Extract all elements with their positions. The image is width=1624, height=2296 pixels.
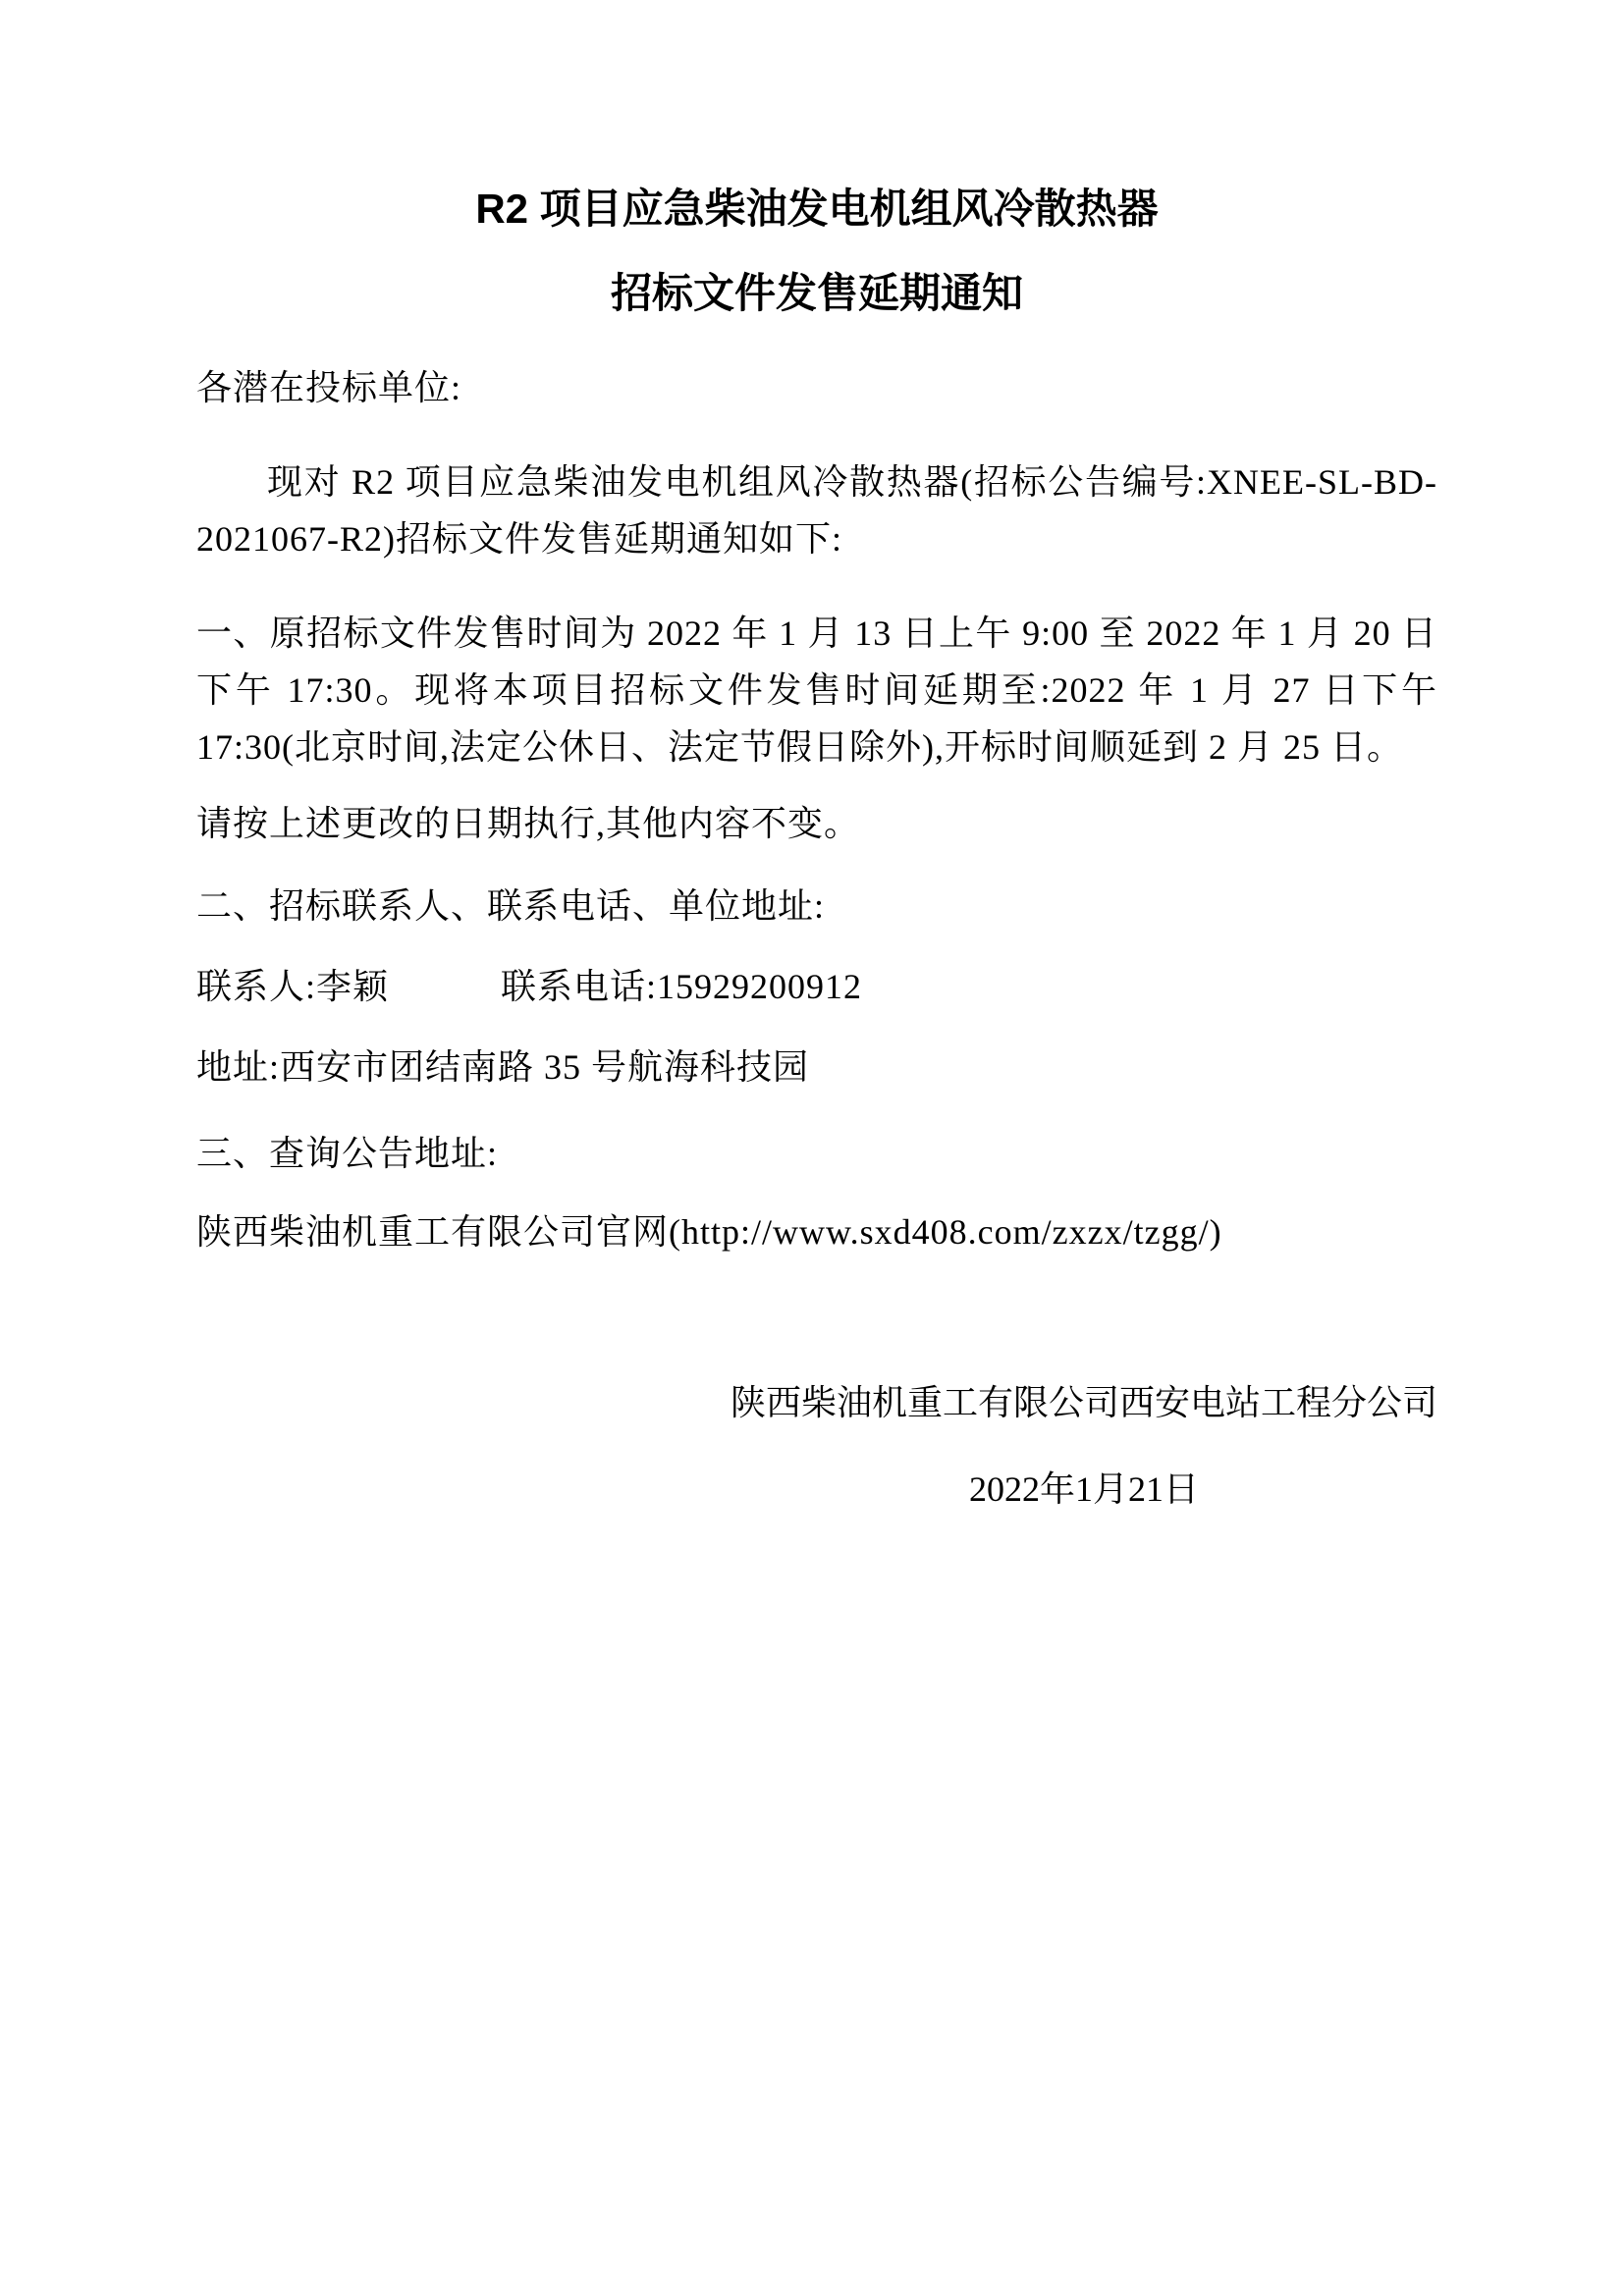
signature-date: 2022年1月21日 [731,1461,1437,1518]
section-1-paragraph: 一、原招标文件发售时间为 2022 年 1 月 13 日上午 9:00 至 20… [196,605,1437,775]
intro-paragraph: 现对 R2 项目应急柴油发电机组风冷散热器(招标公告编号:XNEE-SL-BD-… [196,454,1437,567]
address-line: 地址:西安市团结南路 35 号航海科技园 [196,1039,1437,1095]
signature-inner: 陕西柴油机重工有限公司西安电站工程分公司 2022年1月21日 [731,1374,1437,1518]
contact-person: 联系人:李颖 [196,967,389,1006]
signature-block: 陕西柴油机重工有限公司西安电站工程分公司 2022年1月21日 [196,1374,1437,1518]
website-line: 陕西柴油机重工有限公司官网(http://www.sxd408.com/zxzx… [196,1203,1437,1260]
document-title-line1: R2 项目应急柴油发电机组风冷散热器 [196,187,1437,232]
section-2-heading: 二、招标联系人、联系电话、单位地址: [196,878,1437,934]
signature-company: 陕西柴油机重工有限公司西安电站工程分公司 [731,1374,1437,1431]
contact-line: 联系人:李颖联系电话:15929200912 [196,958,1437,1015]
salutation: 各潜在投标单位: [196,359,1437,416]
document-page: R2 项目应急柴油发电机组风冷散热器 招标文件发售延期通知 各潜在投标单位: 现… [0,0,1624,2296]
note-paragraph: 请按上述更改的日期执行,其他内容不变。 [196,795,1437,852]
document-title-line2: 招标文件发售延期通知 [196,271,1437,316]
contact-phone: 联系电话:15929200912 [501,967,862,1006]
section-3-heading: 三、查询公告地址: [196,1125,1437,1182]
